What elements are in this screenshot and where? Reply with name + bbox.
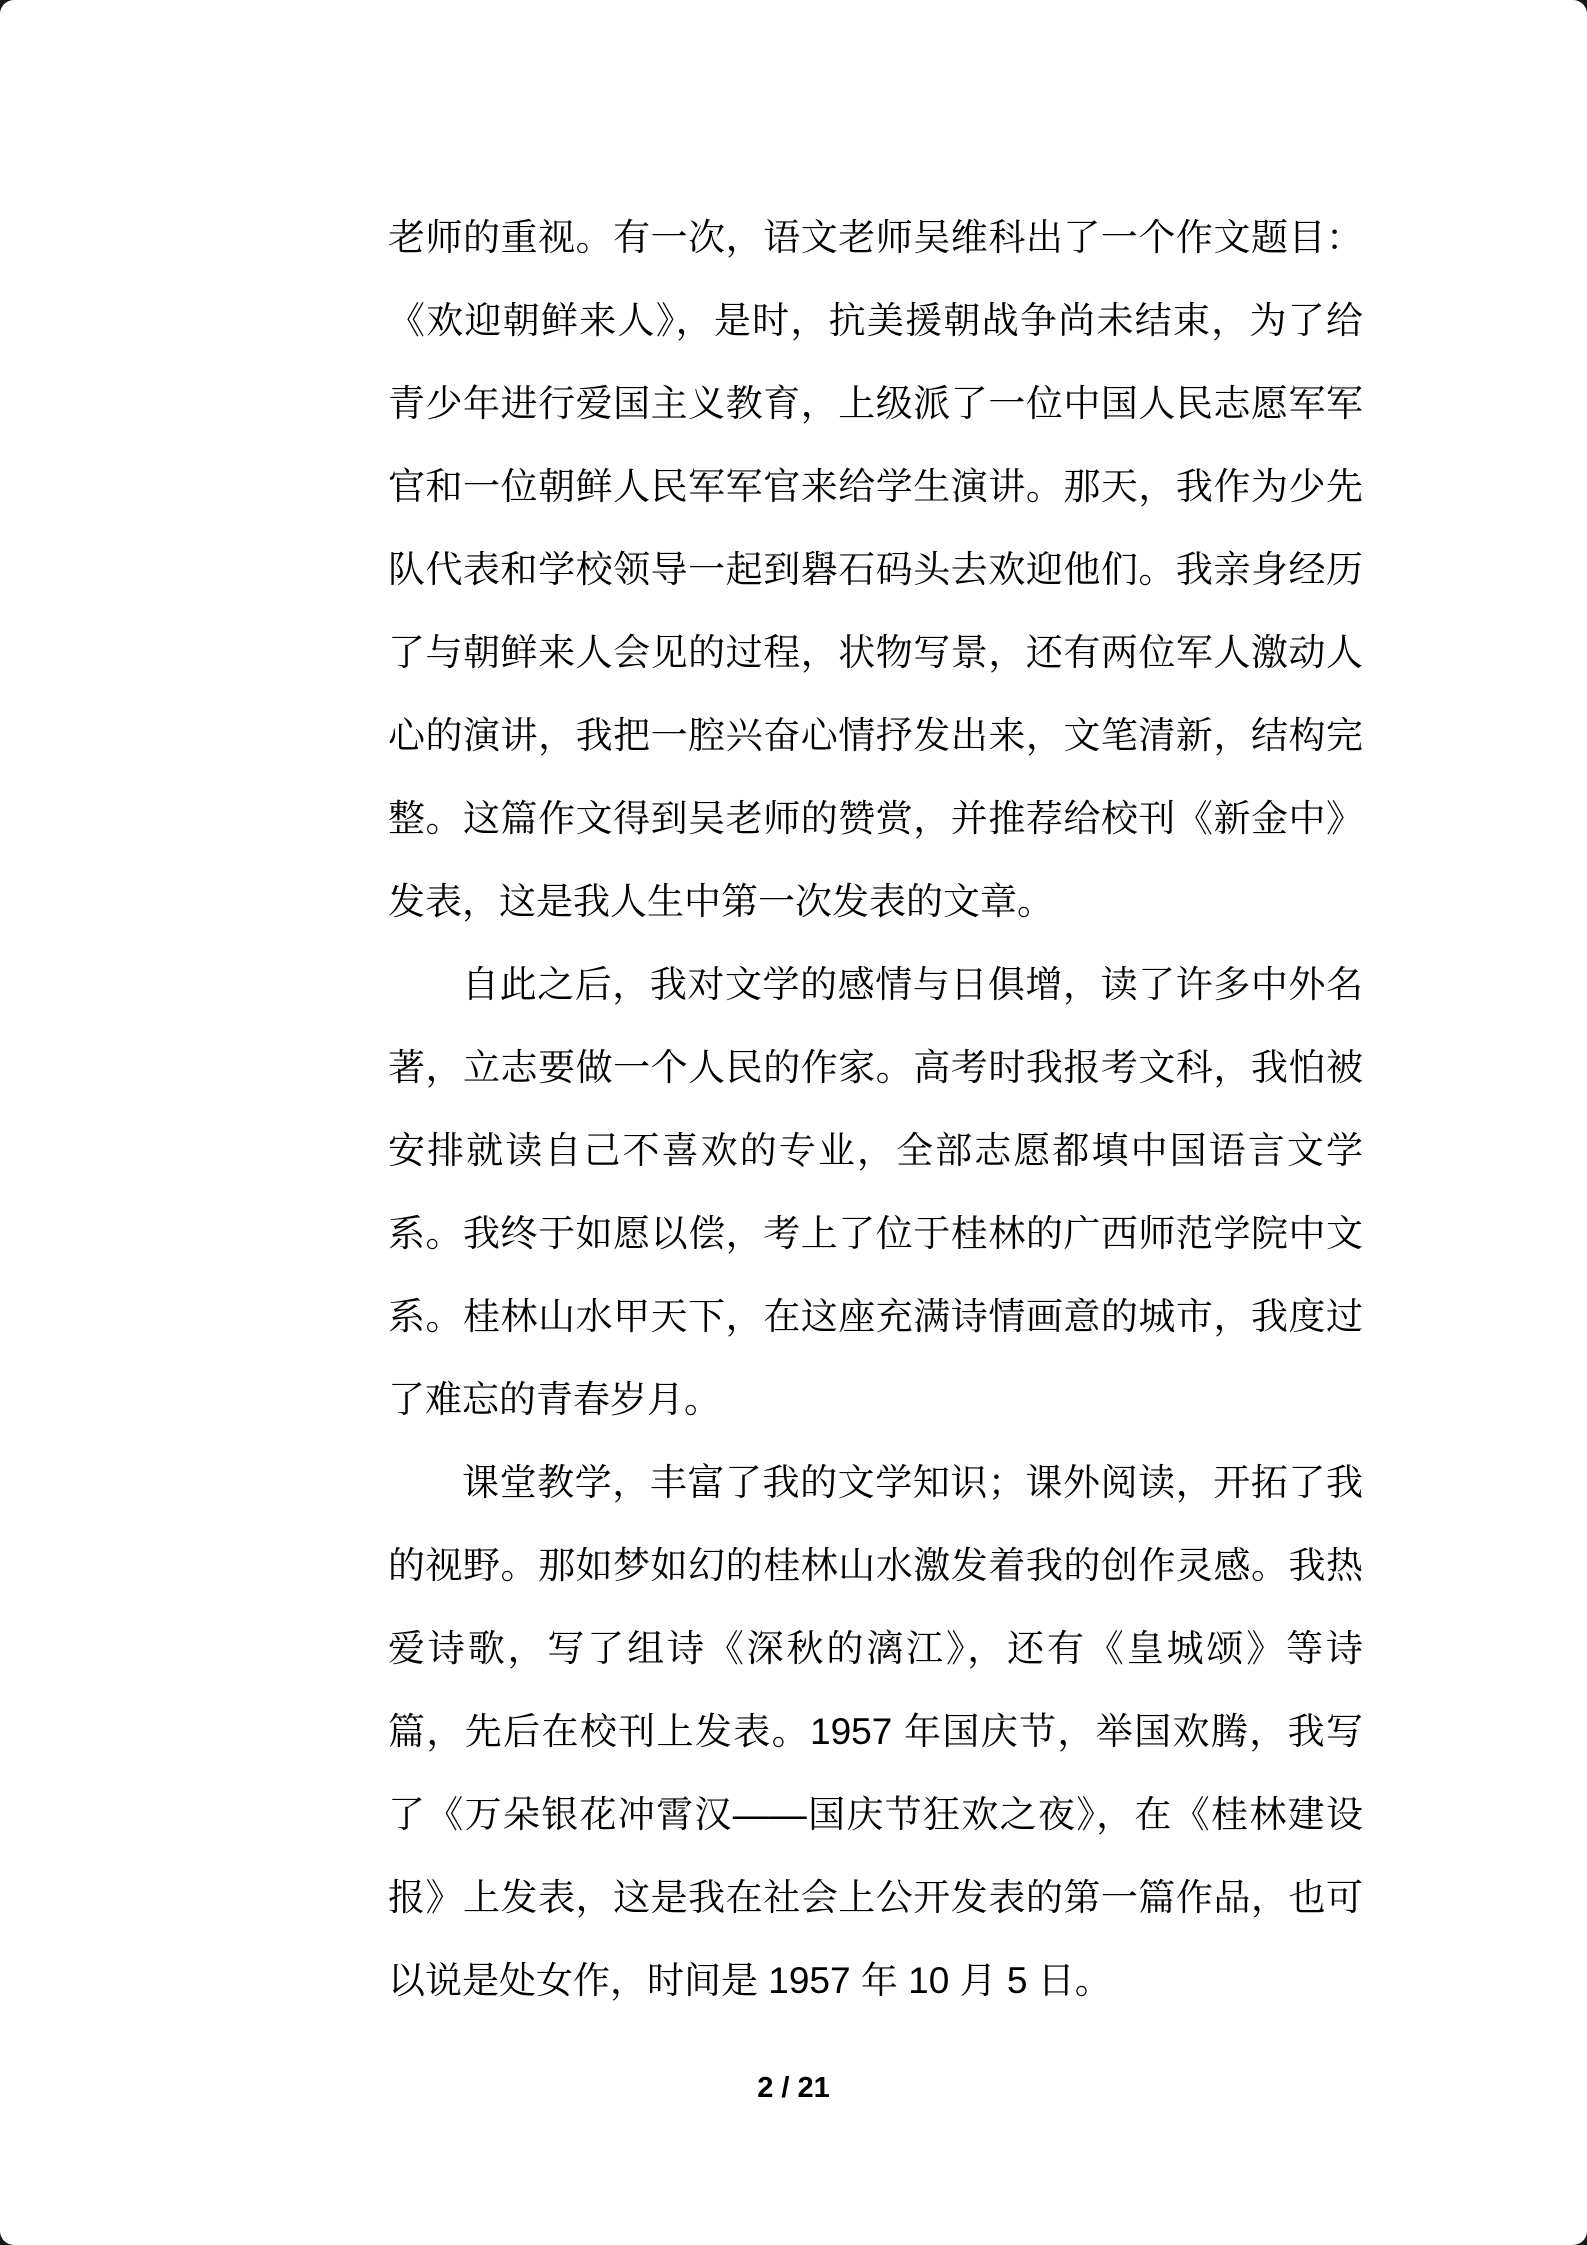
document-body: 老师的重视。有一次，语文老师吴维科出了一个作文题目：《欢迎朝鲜来人》，是时，抗美… xyxy=(388,196,1363,2022)
paragraph: 自此之后，我对文学的感情与日俱增，读了许多中外名著，立志要做一个人民的作家。高考… xyxy=(388,943,1363,1441)
page-number: 2 / 21 xyxy=(0,2068,1587,2108)
paragraph: 课堂教学，丰富了我的文学知识；课外阅读，开拓了我的视野。那如梦如幻的桂林山水激发… xyxy=(388,1441,1363,2022)
paragraph: 老师的重视。有一次，语文老师吴维科出了一个作文题目：《欢迎朝鲜来人》，是时，抗美… xyxy=(388,196,1363,943)
document-page: 老师的重视。有一次，语文老师吴维科出了一个作文题目：《欢迎朝鲜来人》，是时，抗美… xyxy=(0,0,1587,2245)
